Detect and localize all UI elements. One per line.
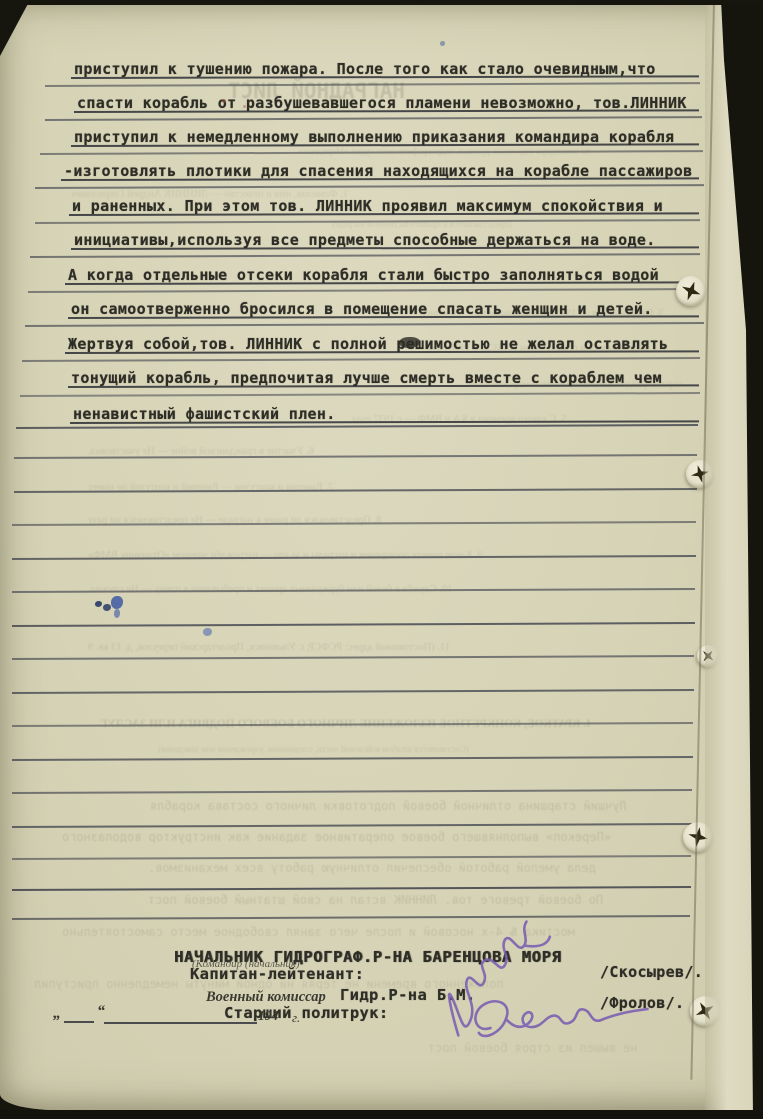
date-year-suffix: г. <box>292 1010 300 1026</box>
ruled-line <box>12 756 693 761</box>
bleedthrough-line: охраны рейдов Батумской военно-морской б… <box>468 379 682 390</box>
bleedthrough-line: 8. Представлялся ли ранее к награде — Не… <box>88 515 381 526</box>
ink-blot <box>203 628 212 636</box>
bleedthrough-line: I. КРАТКОЕ, КОНКРЕТНОЕ ИЗЛОЖЕНИЕ ЛИЧНОГО… <box>100 718 591 730</box>
ruled-line <box>25 322 704 327</box>
scan-background-bottom <box>0 1110 763 1119</box>
ruled-line <box>12 823 692 828</box>
date-quote-open: „ <box>53 1005 61 1023</box>
typed-underline <box>65 281 699 285</box>
bleedthrough-line: 10. Служба в белой или буржуазных армиях… <box>88 584 453 595</box>
ruled-line <box>22 357 700 362</box>
bleedthrough-line: мостика № 4-х носовой и после чего занял… <box>62 925 575 939</box>
date-quote-close: “ <box>97 1003 105 1021</box>
bleedthrough-line: не вышел из строя боевой пост <box>428 1041 638 1055</box>
ink-blot <box>440 41 445 46</box>
bleedthrough-line: 4. Партийность и стаж — член ВЛКСМ с 193… <box>428 343 658 354</box>
scan-background-top <box>0 0 763 5</box>
bleedthrough-line: (представляется к правительственной нагр… <box>332 219 511 229</box>
bleedthrough-line: положенного времени не теряя ни одной ми… <box>34 977 504 991</box>
ruled-line <box>20 392 700 397</box>
document-page: НАЧАЛЬНИК ГИДРОГРАФ.Р-НА БАРЕНЦОВА МОРЯ … <box>0 5 753 1110</box>
ruled-line <box>12 622 695 627</box>
date-year: 194 <box>258 1008 278 1024</box>
typed-line: ненавистный фашистский плен. <box>73 405 336 423</box>
ruled-line <box>12 689 694 694</box>
ruled-line <box>12 789 692 794</box>
typed-underline <box>69 212 699 216</box>
ruled-line <box>30 253 700 258</box>
bleedthrough-line: (Составляется штабом войсковой части, со… <box>158 744 469 754</box>
punch-hole-tear <box>678 278 704 304</box>
ink-blot <box>111 596 123 609</box>
date-short-rule <box>64 1021 94 1023</box>
punch-hole <box>676 276 706 306</box>
bleedthrough-line: 9. Какие имеете поощрения и награды и за… <box>88 550 483 561</box>
ruled-line <box>12 855 691 860</box>
bleedthrough-line: 3. Год рождения — 1915, национальность —… <box>420 308 664 319</box>
bleedthrough-line: 6. Участие в гражданской войне — Не учас… <box>88 446 314 457</box>
ruled-line <box>45 116 702 120</box>
bleedthrough-line: 11. (Постоянный адрес: РСФСР, г. Ульянов… <box>88 642 450 653</box>
ruled-line <box>28 288 703 293</box>
typed-underline <box>71 246 699 250</box>
signoff-rank-2: Старший политрук: <box>224 1004 389 1022</box>
bleedthrough-line: По боевой тревоге тов. ЛИННИК встал на с… <box>148 893 603 907</box>
bleedthrough-line: «Перекоп» выполнявшего боевое оперативно… <box>62 830 611 844</box>
ink-blot <box>103 604 111 611</box>
ink-blot <box>114 609 120 618</box>
ruled-line <box>12 915 690 920</box>
bleedthrough-line: на командира отделения рулевых гидрограф… <box>298 147 591 157</box>
typed-underline <box>61 177 699 181</box>
bleedthrough-line: НАГРАДНОЙ ЛИСТ <box>228 79 405 103</box>
bleedthrough-line: Лучший старшина отличной боевой подготов… <box>150 799 627 813</box>
ink-blot <box>95 601 102 607</box>
ruled-line <box>12 655 694 660</box>
ruled-line <box>35 184 704 189</box>
bleedthrough-line: 7. Ранения и контузии — Ранений и контуз… <box>88 482 333 493</box>
bleedthrough-line: дела умелой работой обеспечил отличную р… <box>148 861 596 875</box>
bleedthrough-line: 5. С какого времени в КА и ВМФ — с 1937 … <box>352 414 567 425</box>
date-long-rule <box>104 1022 257 1024</box>
bleedthrough-line: 1. Фамилия, имя и отчество — ЛИННИК Андр… <box>72 189 348 200</box>
scanned-document: НАЧАЛЬНИК ГИДРОГРАФ.Р-НА БАРЕНЦОВА МОРЯ … <box>0 0 763 1119</box>
ruled-line <box>12 886 691 891</box>
typed-underline <box>74 109 699 113</box>
